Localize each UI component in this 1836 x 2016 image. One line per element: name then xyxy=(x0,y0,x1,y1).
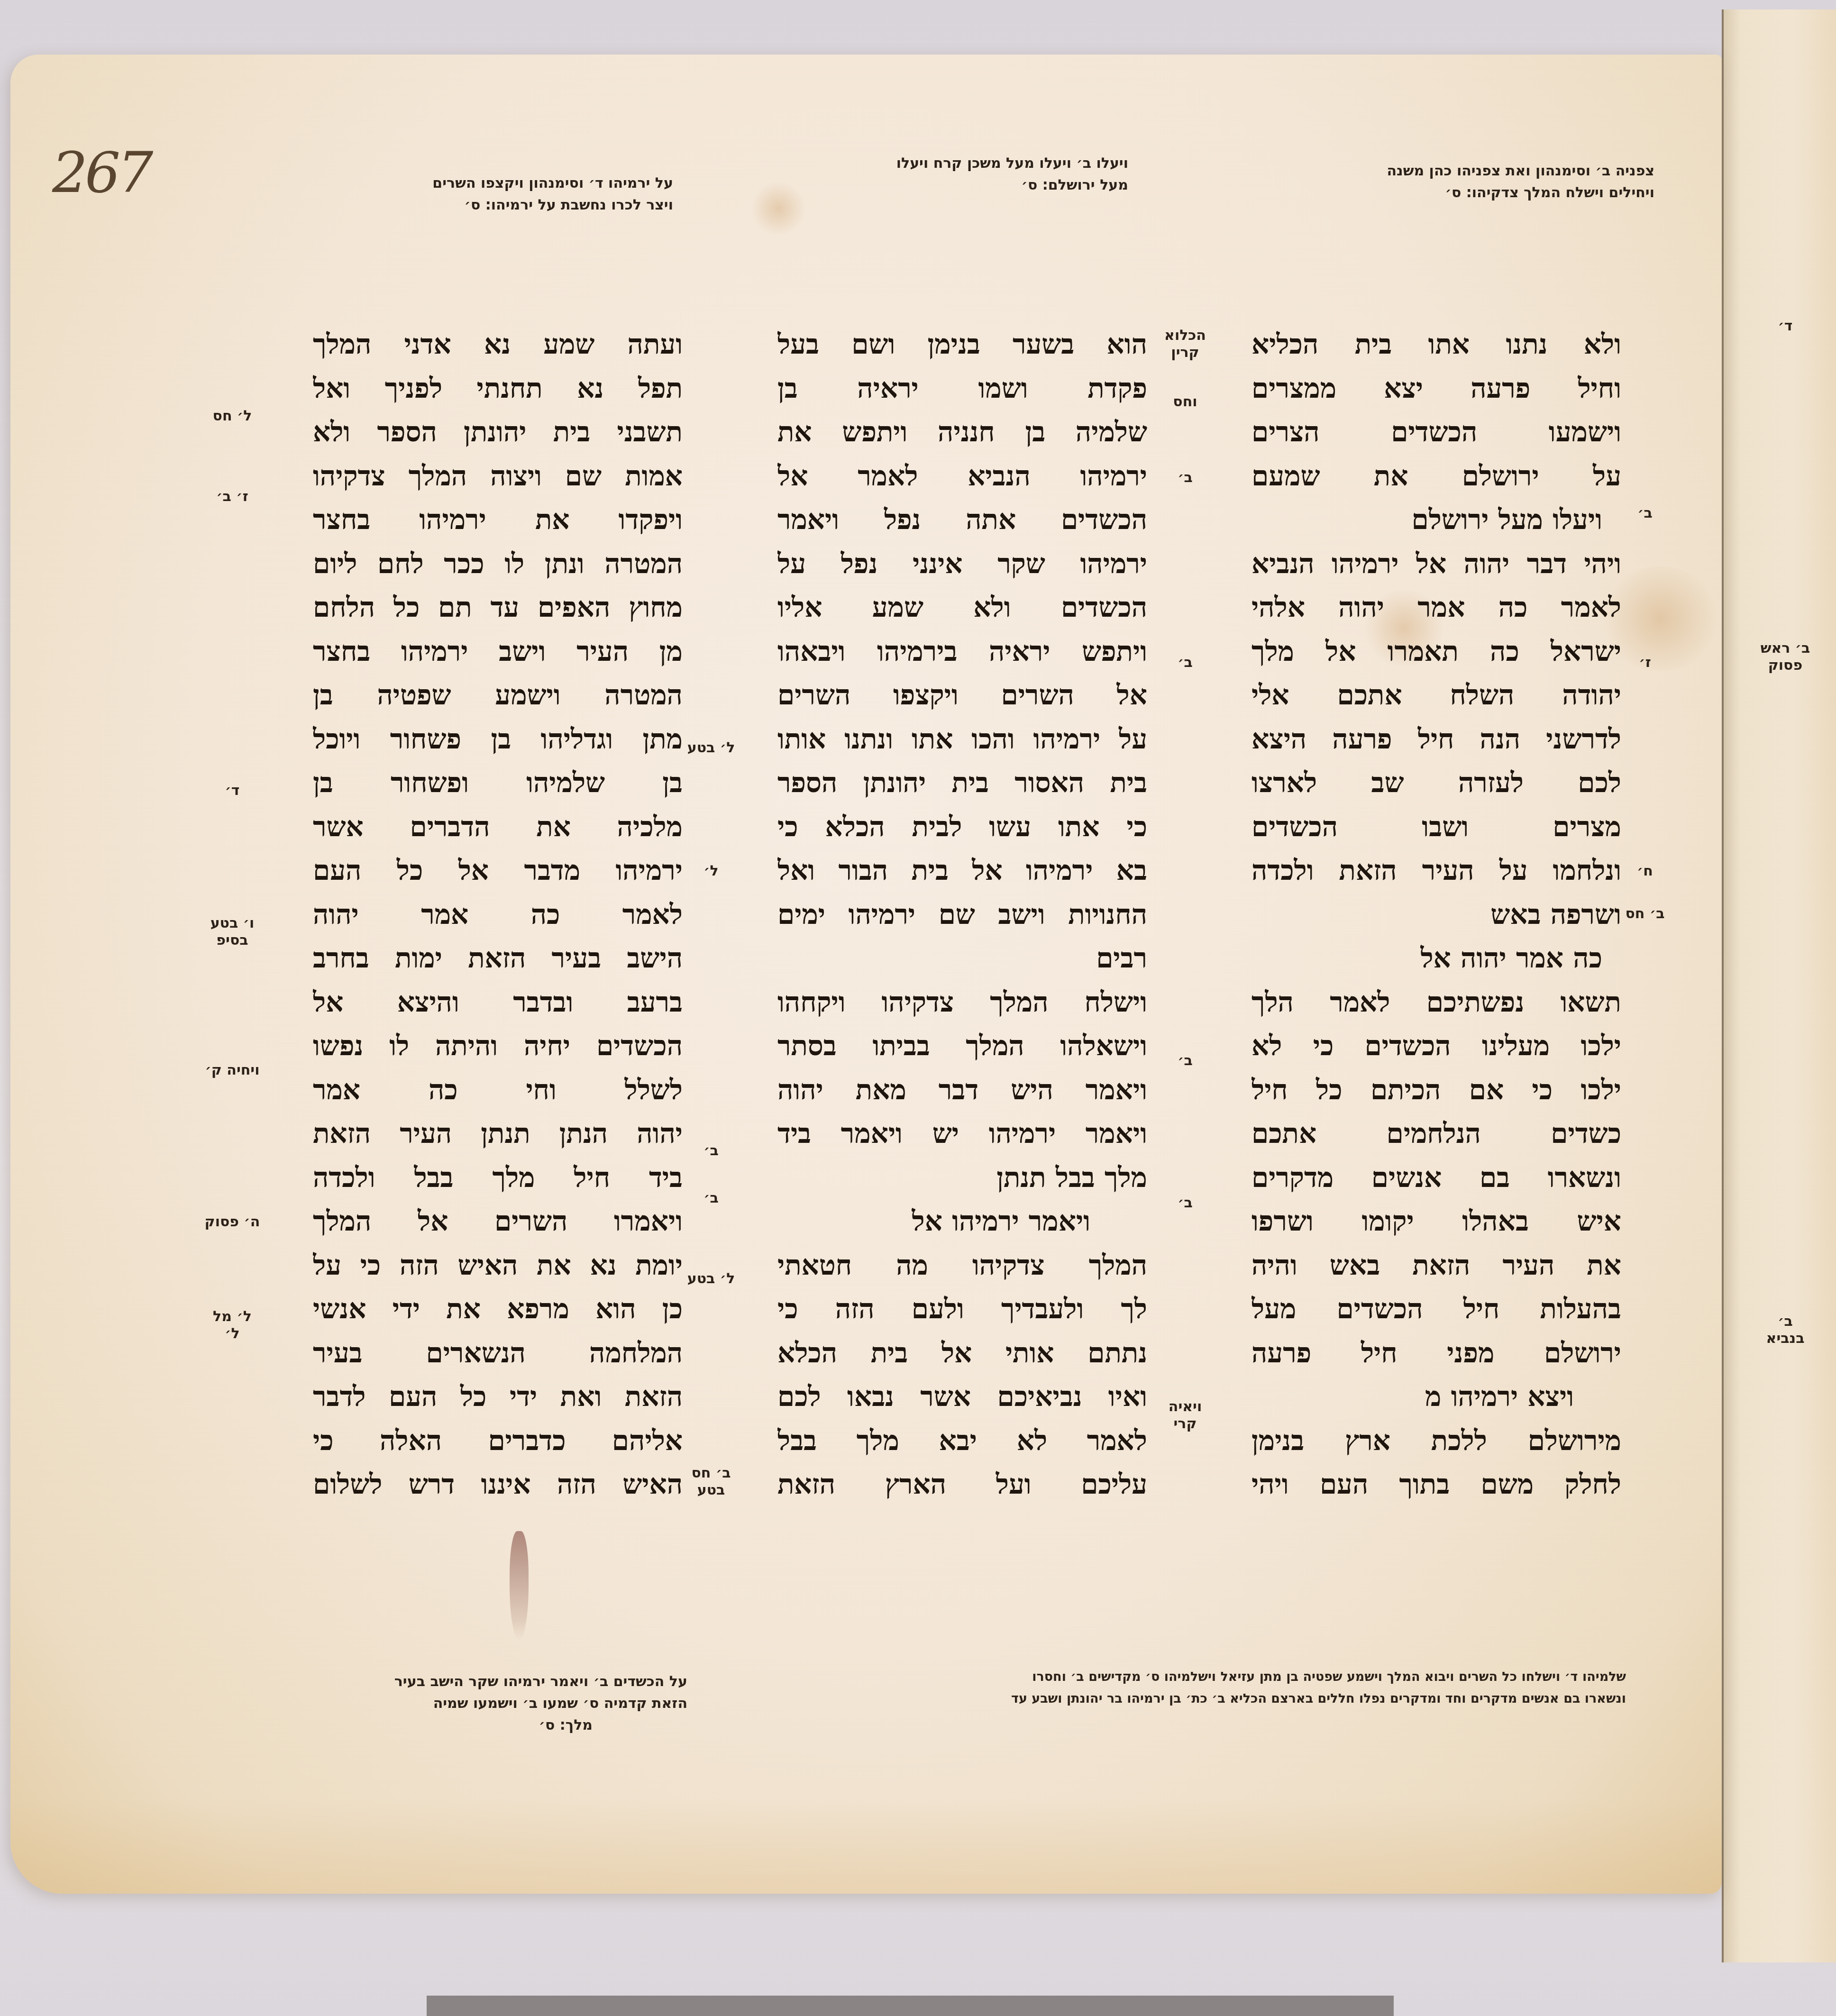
text-line: וישאלהו המלך בביתו בסתר xyxy=(777,1024,1147,1068)
text-line: לך ולעבדיך ולעם הזה כי xyxy=(777,1287,1147,1331)
margin-note: ל׳ xyxy=(683,863,740,880)
margin-note: ב׳ xyxy=(1617,505,1673,522)
masorah-bottom-left: על הכשדים ב׳ ויאמר ירמיהו שקר הישב בעיר … xyxy=(308,1671,687,1736)
text-line: נתתם אותי אל בית הכלא xyxy=(777,1331,1147,1375)
text-line: ושרפה באש xyxy=(1251,893,1621,937)
text-line: מצרים ושבו הכשדים xyxy=(1251,805,1621,849)
text-line: ביד חיל מלך בבל ולכדה xyxy=(313,1156,683,1200)
masorah-line: ונשארו בם אנשים מדקרים וחד ומדקרים נפלו … xyxy=(777,1688,1626,1710)
text-column-middle: הוא בשער בנימן ושם בעל פקדת ושמו יראיה ב… xyxy=(777,322,1147,1506)
text-line: בית האסור בית יהונתן הספר xyxy=(777,761,1147,805)
text-line: את העיר הזאת באש והיה xyxy=(1251,1243,1621,1287)
ink-stain xyxy=(510,1531,529,1640)
text-line: אליהם כדברים האלה כי xyxy=(313,1419,683,1463)
text-line: אל השרים ויקצפו השרים xyxy=(777,673,1147,717)
text-line: האיש הזה איננו דרש לשלום xyxy=(313,1462,683,1506)
margin-note: ויחיה ק׳ xyxy=(204,1062,261,1079)
text-line: לאמר כה אמר יהוה אלהי xyxy=(1251,585,1621,629)
masorah-top-left: על ירמיהו ד׳ וסימנהון ויקצפו השרים ויצר … xyxy=(303,173,673,216)
text-line: יהוה הנתן תנתן העיר הזאת xyxy=(313,1112,683,1156)
text-line: בהעלות חיל הכשדים מעל xyxy=(1251,1287,1621,1331)
text-line: ויאמר ירמיהו אל xyxy=(777,1199,1147,1243)
masorah-bottom-right: שלמיהו ד׳ וישלחו כל השרים ויבוא המלך ויש… xyxy=(777,1666,1626,1710)
masorah-line: ויצר לכרו נחשבת על ירמיהו: ס׳ xyxy=(303,194,673,216)
margin-note: ב׳ xyxy=(1157,1052,1214,1069)
masorah-line: מלך: ס׳ xyxy=(308,1715,687,1736)
text-line: כשדים הנלחמים אתכם xyxy=(1251,1112,1621,1156)
text-line: ויצא ירמיהו מ xyxy=(1251,1375,1621,1419)
text-line: תשבני בית יהונתן הספר ולא xyxy=(313,410,683,454)
margin-note: ד׳ xyxy=(204,782,261,799)
text-line: תשאו נפשתיכם לאמר הלך xyxy=(1251,980,1621,1024)
text-line: מתן וגדליהו בן פשחור ויוכל xyxy=(313,717,683,761)
text-line: הכשדים יחיה והיתה לו נפשו xyxy=(313,1024,683,1068)
masorah-line: מעל ירושלם: ס׳ xyxy=(787,174,1128,196)
text-line: לאמר כה אמר יהוה xyxy=(313,893,683,937)
text-line: לכם לעזרה שב לארצו xyxy=(1251,761,1621,805)
next-folio-note: ב׳ ראש פסוק xyxy=(1757,640,1814,674)
text-line: כן הוא מרפא את ידי אנשי xyxy=(313,1287,683,1331)
margin-note: הכלוא קרין xyxy=(1157,327,1214,361)
text-line: פקדת ושמו יראיה בן xyxy=(777,366,1147,410)
text-line: ילכו כי אם הכיתם כל חיל xyxy=(1251,1068,1621,1112)
text-line: וחיל פרעה יצא ממצרים xyxy=(1251,366,1621,410)
margin-note: וחס xyxy=(1157,393,1214,410)
text-column-right: ולא נתנו אתו בית הכליא וחיל פרעה יצא ממצ… xyxy=(1251,322,1621,1506)
margin-note: ל׳ חס xyxy=(204,408,261,425)
text-line: ויאמרו השרים אל המלך xyxy=(313,1199,683,1243)
text-line: ירמיהו מדבר אל כל העם xyxy=(313,848,683,893)
support-stand xyxy=(427,1996,1394,2016)
margin-note: ב׳ xyxy=(683,1190,740,1207)
margin-notes-right-col-inner: הכלוא קרין וחס ב׳ ב׳ ב׳ ב׳ ויאיה קרי xyxy=(1157,327,1214,1560)
text-line: עליכם ועל הארץ הזאת xyxy=(777,1462,1147,1506)
text-line: ולא נתנו אתו בית הכליא xyxy=(1251,322,1621,366)
margin-note: ה׳ פסוק xyxy=(204,1213,261,1231)
text-line: ויפקדו את ירמיהו בחצר xyxy=(313,498,683,542)
text-line: הכשדים ולא שמע אליו xyxy=(777,585,1147,629)
adjacent-folio-edge: ד׳ ב׳ ראש פסוק ב׳ בנביא xyxy=(1722,9,1836,1962)
margin-note: ב׳ חס xyxy=(1617,905,1673,922)
text-line: לאמר לא יבא מלך בבל xyxy=(777,1419,1147,1463)
text-line: כה אמר יהוה אל xyxy=(1251,936,1621,980)
text-line: ויאמר ירמיהו יש ויאמר ביד xyxy=(777,1112,1147,1156)
masorah-top-middle: ויעלו ב׳ ויעלו מעל משכן קרח ויעלו מעל יר… xyxy=(787,153,1128,196)
margin-notes-middle-col: ל׳ בטע ל׳ ב׳ ב׳ ל׳ בטע ב׳ חס בטע xyxy=(683,327,740,1560)
margin-note: ב׳ חס בטע xyxy=(683,1465,740,1499)
text-line: לשלל וחי כה אמר xyxy=(313,1068,683,1112)
next-folio-note: ב׳ בנביא xyxy=(1757,1313,1814,1347)
masorah-line: ויחילים וישלח המלך צדקיהו: ס׳ xyxy=(1237,182,1654,204)
margin-note: ז׳ ב׳ xyxy=(204,488,261,505)
text-line: הוא בשער בנימן ושם בעל xyxy=(777,322,1147,366)
text-column-left: ועתה שמע נא אדני המלך תפל נא תחנתי לפניך… xyxy=(313,322,683,1506)
text-line: מלכיה את הדברים אשר xyxy=(313,805,683,849)
margin-note: ל׳ מל ל׳ xyxy=(204,1308,261,1342)
text-line: ויעלו מעל ירושלם xyxy=(1251,498,1621,542)
text-line: הכשדים אתה נפל ויאמר xyxy=(777,498,1147,542)
text-line: אמות שם ויצוה המלך צדקיהו xyxy=(313,454,683,498)
text-line: בא ירמיהו אל בית הבור ואל xyxy=(777,848,1147,893)
text-line: ויתפש יראיה בירמיהו ויבאהו xyxy=(777,629,1147,674)
text-line: מירושלם ללכת ארץ בנימן xyxy=(1251,1419,1621,1463)
text-line: ירושלם מפני חיל פרעה xyxy=(1251,1331,1621,1375)
text-line: ואיו נביאיכם אשר נבאו לכם xyxy=(777,1375,1147,1419)
text-line: ירמיהו הנביא לאמר אל xyxy=(777,454,1147,498)
margin-notes-right-col-outer: ב׳ ז׳ ח׳ ב׳ חס xyxy=(1617,327,1673,1560)
text-line: המטרה ונתן לו ככר לחם ליום xyxy=(313,542,683,586)
text-line: וישמעו הכשדים הצרים xyxy=(1251,410,1621,454)
text-line: ירמיהו שקר אינני נפל על xyxy=(777,542,1147,586)
text-line: מלך בבל תנתן xyxy=(777,1156,1147,1200)
margin-note: ז׳ xyxy=(1617,654,1673,671)
text-line: ונשארו בם אנשים מדקרים xyxy=(1251,1156,1621,1200)
margin-note: ב׳ xyxy=(1157,469,1214,486)
text-line: רבים xyxy=(777,936,1147,980)
margin-note: ב׳ xyxy=(1157,654,1214,671)
text-line: על ירושלם את שמעם xyxy=(1251,454,1621,498)
text-line: הישב בעיר הזאת ימות בחרב xyxy=(313,936,683,980)
text-line: המטרה וישמע שפטיה בן xyxy=(313,673,683,717)
text-line: מחוץ האפים עד תם כל הלחם xyxy=(313,585,683,629)
text-line: וישלח המלך צדקיהו ויקחהו xyxy=(777,980,1147,1024)
text-line: ילכו מעלינו הכשדים כי לא xyxy=(1251,1024,1621,1068)
margin-notes-left-col: ל׳ חס ז׳ ב׳ ד׳ ו׳ בטע בסיפ ויחיה ק׳ ה׳ פ… xyxy=(204,327,261,1560)
margin-note: ו׳ בטע בסיפ xyxy=(204,915,261,949)
margin-note: ל׳ בטע xyxy=(683,1270,740,1287)
text-line: על ירמיהו והכו אתו ונתנו אותו xyxy=(777,717,1147,761)
text-line: לדרשני הנה חיל פרעה היצא xyxy=(1251,717,1621,761)
margin-note: ב׳ xyxy=(1157,1195,1214,1212)
folio-number: 267 xyxy=(52,140,150,205)
text-line: ישראל כה תאמרו אל מלך xyxy=(1251,629,1621,674)
masorah-line: הזאת קדמיה ס׳ שמעו ב׳ וישמעו שמיה xyxy=(308,1693,687,1715)
masorah-line: על הכשדים ב׳ ויאמר ירמיהו שקר הישב בעיר xyxy=(308,1671,687,1693)
text-line: תפל נא תחנתי לפניך ואל xyxy=(313,366,683,410)
text-line: המלחמה הנשארים בעיר xyxy=(313,1331,683,1375)
text-line: לחלק משם בתוך העם ויהי xyxy=(1251,1462,1621,1506)
masorah-line: ויעלו ב׳ ויעלו מעל משכן קרח ויעלו xyxy=(787,153,1128,174)
masorah-line: על ירמיהו ד׳ וסימנהון ויקצפו השרים xyxy=(303,173,673,194)
margin-note: ח׳ xyxy=(1617,863,1673,880)
text-line: שלמיה בן חנניה ויתפש את xyxy=(777,410,1147,454)
text-line: החנויות וישב שם ירמיהו ימים xyxy=(777,893,1147,937)
text-line: ועתה שמע נא אדני המלך xyxy=(313,322,683,366)
text-line: ויאמר היש דבר מאת יהוה xyxy=(777,1068,1147,1112)
margin-note: ויאיה קרי xyxy=(1157,1398,1214,1432)
masorah-line: שלמיהו ד׳ וישלחו כל השרים ויבוא המלך ויש… xyxy=(777,1666,1626,1688)
text-line: ונלחמו על העיר הזאת ולכדה xyxy=(1251,848,1621,893)
next-folio-note: ד׳ xyxy=(1757,318,1814,335)
text-line: יומת נא את האיש הזה כי על xyxy=(313,1243,683,1287)
masorah-line: צפניה ב׳ וסימנהון ואת צפניהו כהן משנה xyxy=(1237,160,1654,182)
margin-note: ל׳ בטע xyxy=(683,739,740,757)
text-line: מן העיר וישב ירמיהו בחצר xyxy=(313,629,683,674)
text-line: המלך צדקיהו מה חטאתי xyxy=(777,1243,1147,1287)
text-line: הזאת ואת ידי כל העם לדבר xyxy=(313,1375,683,1419)
text-line: ויהי דבר יהוה אל ירמיהו הנביא xyxy=(1251,542,1621,586)
text-line: יהודה השלח אתכם אלי xyxy=(1251,673,1621,717)
text-line: כי אתו עשו לבית הכלא כי xyxy=(777,805,1147,849)
masorah-top-right: צפניה ב׳ וסימנהון ואת צפניהו כהן משנה וי… xyxy=(1237,160,1654,204)
text-line: בן שלמיהו ופשחור בן xyxy=(313,761,683,805)
text-line: איש באהלו יקומו ושרפו xyxy=(1251,1199,1621,1243)
text-line: ברעב ובדבר והיצא אל xyxy=(313,980,683,1024)
margin-note: ב׳ xyxy=(683,1142,740,1159)
